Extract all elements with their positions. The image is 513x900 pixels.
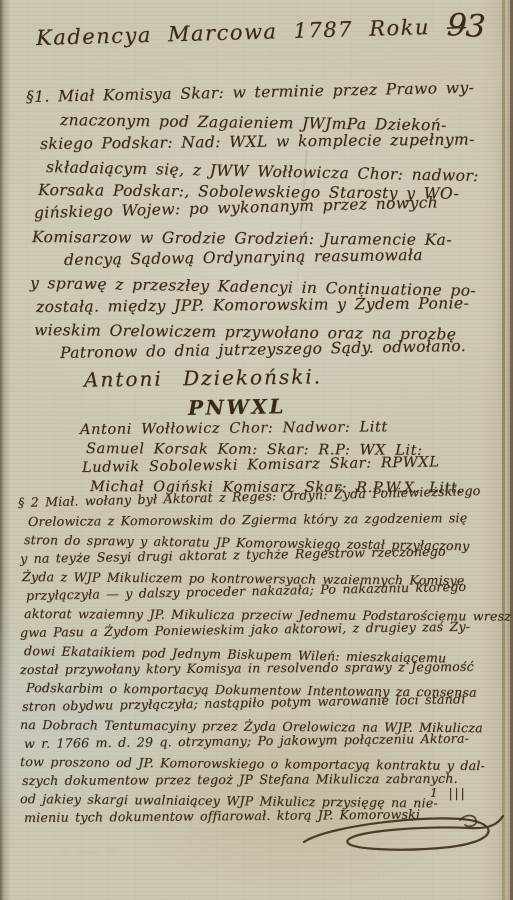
manuscript-page: ~~ ~ ~~~ ~~ ~ ~~ ~ Kadencya Marcowa 1787…	[0, 0, 513, 900]
signature-flourish	[300, 798, 505, 856]
paragraph-2: § 2 Miał. wołany był Aktorat z Reges: Or…	[18, 494, 510, 827]
manuscript-line: został przywołany ktory Komisya in resol…	[20, 657, 510, 679]
signature-abbreviation: PNWXL	[188, 394, 286, 420]
signature-dziekonski: Antoni Dziekoński.	[84, 364, 322, 391]
signature-line: Antoni Wołłowicz Chor: Nadwor: Litt	[80, 418, 463, 440]
manuscript-line: dencyą Sądową Ordynaryiną reasumowała	[64, 243, 504, 272]
manuscript-line: §1. Miał Komisya Skar: w terminie przez …	[26, 76, 504, 109]
manuscript-line: zostałą. między JPP. Komorowskim y Żydem…	[36, 292, 504, 319]
ink-showthrough: ~ ~~ ~	[60, 843, 119, 861]
page-number: 93	[446, 7, 485, 45]
kadencya-title: Kadencya Marcowa 1787 Roku —	[36, 14, 469, 50]
manuscript-line: skiego Podskar: Nad: WXL w komplecie zup…	[40, 128, 504, 156]
manuscript-line: Orelowicza z Komorowskim do Zgierma któr…	[28, 508, 510, 531]
paragraph-1: §1. Miał Komisya Skar: w terminie przez …	[26, 86, 504, 366]
